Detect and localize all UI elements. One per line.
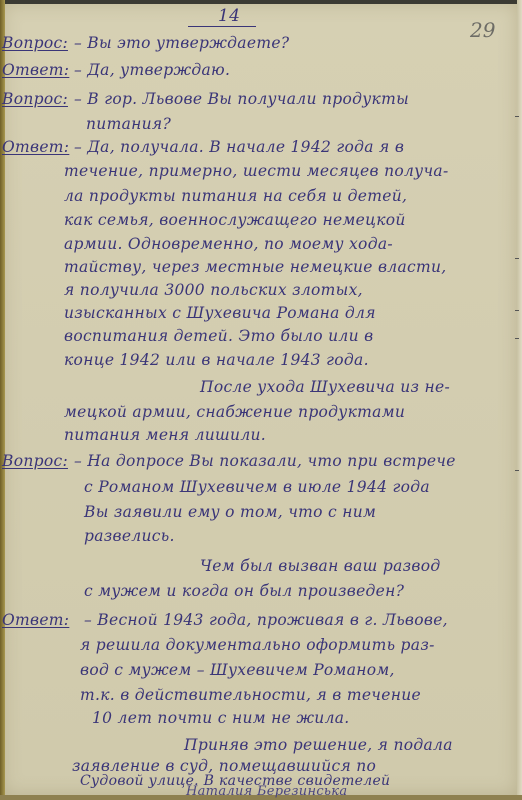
question-label: Вопрос:: [2, 34, 68, 52]
question-text-line: Вы заявили ему о том, что с ним: [84, 503, 376, 521]
question-text-line: – В гор. Львове Вы получали продукты: [74, 90, 409, 108]
answer-text-line: я получила 3000 польских злотых,: [64, 281, 363, 299]
page-number-underline: [188, 26, 256, 27]
question-text-line: питания?: [86, 115, 171, 133]
answer-text-line: – Да, получала. В начале 1942 года я в: [74, 138, 404, 156]
page-number: 14: [218, 6, 240, 26]
question-label: Вопрос:: [2, 452, 68, 470]
answer-label: Ответ:: [2, 138, 69, 156]
answer-label: Ответ:: [2, 611, 69, 629]
answer-text-line: – Да, утверждаю.: [74, 61, 230, 79]
answer-text-line: т.к. в действительности, я в течение: [80, 686, 421, 704]
answer-label: Ответ:: [2, 61, 69, 79]
margin-tick: [515, 470, 519, 471]
answer-text-line: как семья, военнослужащего немецкой: [64, 211, 406, 229]
question-text-line: развелись.: [84, 527, 175, 545]
answer-text-line: тайству, через местные немецкие власти,: [64, 258, 446, 276]
question-text-line: с мужем и когда он был произведен?: [84, 582, 404, 600]
archive-sheet-number: 29: [470, 18, 495, 42]
answer-text-line: ла продукты питания на себя и детей,: [64, 187, 407, 205]
answer-text-line: изысканных с Шухевича Романа для: [64, 304, 376, 322]
answer-text-line: течение, примерно, шести месяцев получа-: [64, 162, 448, 180]
answer-text-line: После ухода Шухевича из не-: [200, 378, 450, 396]
answer-text-line: воспитания детей. Это было или в: [64, 327, 373, 345]
question-text-line: – Вы это утверждаете?: [74, 34, 289, 52]
page-top-edge: [0, 0, 522, 4]
answer-text-line: – Весной 1943 года, проживая в г. Львове…: [84, 611, 448, 629]
question-text-line: с Романом Шухевичем в июле 1944 года: [84, 478, 430, 496]
answer-text-line: вод с мужем – Шухевичем Романом,: [80, 661, 395, 679]
question-text-line: Чем был вызван ваш развод: [200, 557, 440, 575]
question-label: Вопрос:: [2, 90, 68, 108]
margin-tick: [515, 116, 519, 117]
margin-tick: [515, 258, 519, 259]
page-binding-edge: [0, 0, 5, 800]
page-right-edge: [517, 0, 522, 800]
question-text-line: – На допросе Вы показали, что при встреч…: [74, 452, 456, 470]
answer-text-line: Приняв это решение, я подала: [184, 736, 453, 754]
signature: Наталия Березинська: [186, 784, 347, 799]
answer-text-line: я решила документально оформить раз-: [80, 636, 435, 654]
answer-text-line: 10 лет почти с ним не жила.: [92, 709, 350, 727]
margin-tick: [515, 310, 519, 311]
answer-text-line: мецкой армии, снабжение продуктами: [64, 403, 405, 421]
answer-text-line: питания меня лишили.: [64, 426, 266, 444]
answer-text-line: армии. Одновременно, по моему хода-: [64, 235, 393, 253]
margin-tick: [515, 338, 519, 339]
answer-text-line: конце 1942 или в начале 1943 года.: [64, 351, 369, 369]
